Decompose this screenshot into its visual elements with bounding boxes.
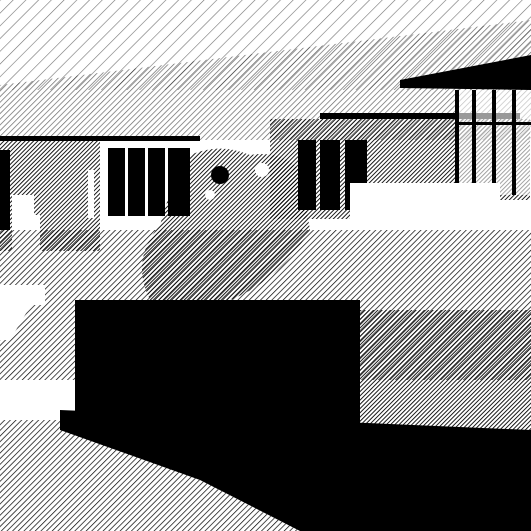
dark-lower-facade [75,300,360,430]
house-sketch-image [0,0,531,531]
hatched-illustration [0,0,531,531]
roof-left-wing [0,136,200,141]
